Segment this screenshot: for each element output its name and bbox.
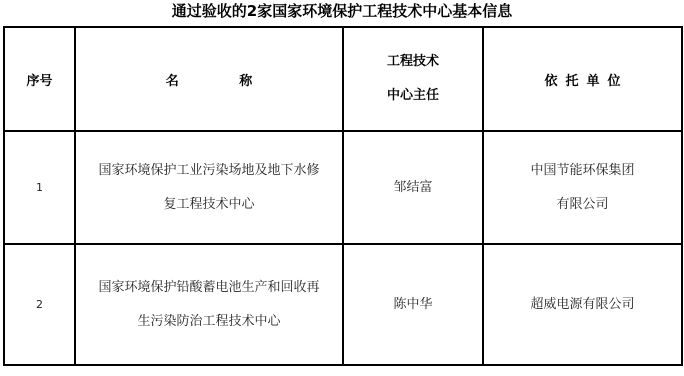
row-name-line2: 生污染防治工程技术中心 bbox=[76, 305, 342, 339]
row-name-line1: 国家环境保护铅酸蓄电池生产和回收再 bbox=[76, 271, 342, 305]
table-row: 2 国家环境保护铅酸蓄电池生产和回收再 生污染防治工程技术中心 陈中华 超威电源… bbox=[4, 244, 682, 365]
row-director: 邹结富 bbox=[343, 131, 483, 244]
row-name: 国家环境保护工业污染场地及地下水修 复工程技术中心 bbox=[75, 131, 343, 244]
document-title: 通过验收的2家国家环境保护工程技术中心基本信息 bbox=[0, 0, 684, 24]
header-unit: 依托单位 bbox=[483, 27, 682, 131]
header-name-label: 名 称 bbox=[138, 74, 281, 89]
row-unit: 中国节能环保集团 有限公司 bbox=[483, 131, 682, 244]
header-unit-label: 依托单位 bbox=[536, 74, 628, 89]
info-table: 序号 名 称 工程技术 中心主任 依托单位 1 国家环境保护工业污染场地及地下水… bbox=[3, 26, 683, 366]
row-unit-line2: 有限公司 bbox=[484, 188, 681, 222]
header-director-line2: 中心主任 bbox=[344, 79, 482, 113]
header-name: 名 称 bbox=[75, 27, 343, 131]
row-name-line1: 国家环境保护工业污染场地及地下水修 bbox=[76, 154, 342, 188]
row-name-line2: 复工程技术中心 bbox=[76, 188, 342, 222]
header-director: 工程技术 中心主任 bbox=[343, 27, 483, 131]
table-row: 1 国家环境保护工业污染场地及地下水修 复工程技术中心 邹结富 中国节能环保集团… bbox=[4, 131, 682, 244]
row-index: 2 bbox=[4, 244, 75, 365]
header-index: 序号 bbox=[4, 27, 75, 131]
row-director: 陈中华 bbox=[343, 244, 483, 365]
row-index: 1 bbox=[4, 131, 75, 244]
row-name: 国家环境保护铅酸蓄电池生产和回收再 生污染防治工程技术中心 bbox=[75, 244, 343, 365]
row-unit-line1: 中国节能环保集团 bbox=[484, 154, 681, 188]
header-director-line1: 工程技术 bbox=[344, 45, 482, 79]
header-row: 序号 名 称 工程技术 中心主任 依托单位 bbox=[4, 27, 682, 131]
row-unit: 超威电源有限公司 bbox=[483, 244, 682, 365]
